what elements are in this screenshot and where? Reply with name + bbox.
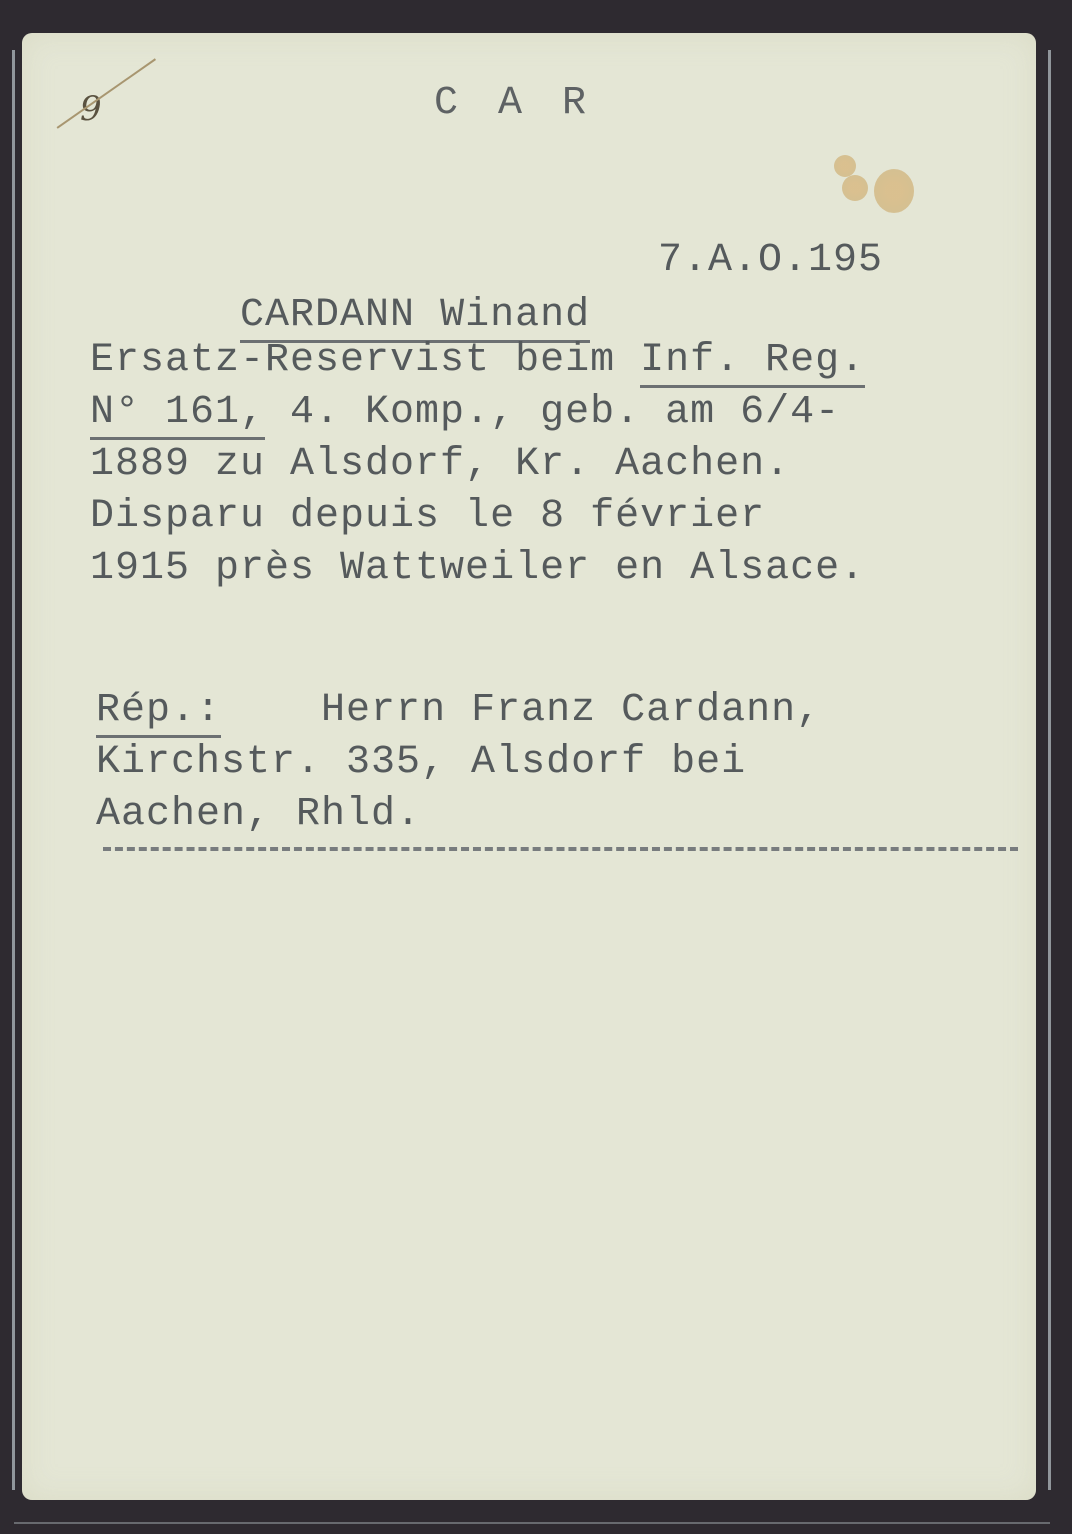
sleeve-edge-left [12,50,15,1490]
body-line-5: 1915 près Wattweiler en Alsace. [90,543,865,595]
regiment-underlined: Inf. Reg. [640,338,865,388]
header-code: CAR [434,81,626,126]
index-card: 9 CAR CARDANN Winand 7.A.O.195 Ersatz-Re… [22,33,1036,1500]
body-line-4: Disparu depuis le 8 février [90,491,765,543]
stain-spot [842,175,868,201]
reply-line-3: Aachen, Rhld. [96,789,421,841]
reply-line-1: Rép.: Herrn Franz Cardann, [96,685,821,737]
stain-spot [834,155,856,177]
body-line-1: Ersatz-Reservist beim Inf. Reg. [90,335,865,387]
sleeve-edge-right [1048,50,1051,1490]
body-line-3: 1889 zu Alsdorf, Kr. Aachen. [90,439,790,491]
body-line-2: N° 161, 4. Komp., geb. am 6/4- [90,387,840,439]
reply-recipient: Herrn Franz Cardann, [221,688,821,733]
pencil-slash [57,58,156,128]
sleeve-edge-bottom [14,1522,1050,1524]
dashed-divider [103,847,1018,851]
reply-line-2: Kirchstr. 335, Alsdorf bei [96,737,746,789]
reference-number: 7.A.O.195 [658,235,883,287]
regiment-number-underlined: N° 161, [90,390,265,440]
reply-label: Rép.: [96,688,221,738]
stain-spot [874,169,914,213]
